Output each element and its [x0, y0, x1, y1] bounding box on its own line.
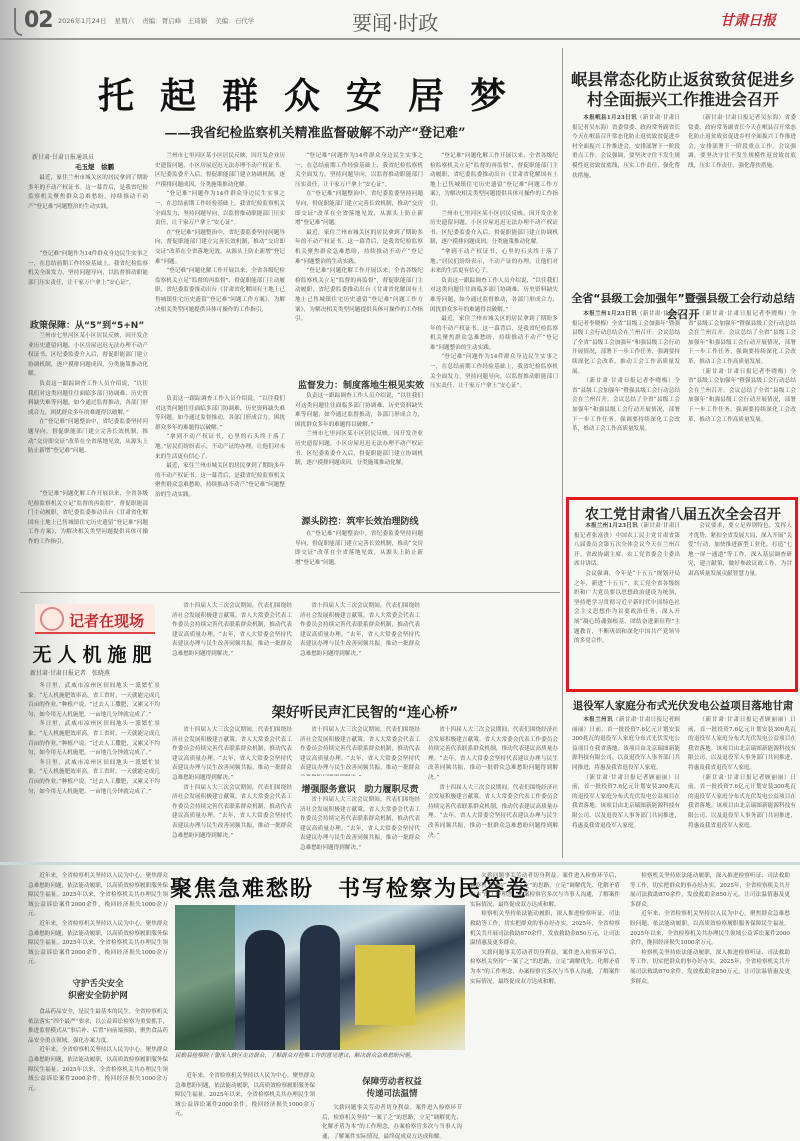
photo-product-box [355, 945, 415, 1025]
drone-headline: 无人机施肥 [30, 640, 160, 667]
newspaper-logo: 甘肃日报 [720, 10, 776, 30]
right-article-3-col-2: 会议要求，要立足界别特色，发挥人才优势，紧扣全省发展大局，深入开展“关爱”行动，… [688, 522, 792, 686]
news-photo [175, 905, 465, 1050]
sidebar-1-body: 食品药品安全，是民生最基本的民生。全省检察机关依法落实“四个最严”要求，以公益诉… [28, 1008, 168, 1141]
lead-column-1d: “登记难”问题化解工作开展以来，全省各级纪检监察机关立足“监督的再监督”，督促职… [28, 490, 148, 580]
lead-column-3b: 负责这一跟踪调查工作人员介绍说，“以往我们对这类问题往往面临多部门协调难、历史资… [295, 392, 423, 512]
lead-column-1a: 最近，家住兰州市城关区的居民拿到了期盼多年的不动产权证书。这一幕背后，是我省纪检… [28, 174, 148, 258]
bottom-col-right-1: 欠薪问题事关劳动者切身利益。案件进入检察环节后，检察机关坚持“一案了之”的思路，… [470, 872, 620, 1141]
lead-column-2b: 负责这一跟踪调查工作人员介绍说，“以往我们对这类问题往往面临多部门协调难、历史资… [155, 395, 285, 595]
lead-subsection-prevention: 源头防控：筑牢长效治理防线 [290, 514, 430, 527]
right-article-1-col-2: （新甘肃·甘肃日报记者吴东海）省委常委、政府常务副省长今天在岷县召开常态化防止返… [688, 114, 796, 264]
sidebar-1-headline: 守护舌尖安全织密安全防护网 [28, 978, 168, 1002]
section-title: 要闻·时政 [352, 7, 438, 36]
bridge-column-1a: 省十四届人大三次会议期间，代表们围绕经济社会发展积极建言献策。省人大常委会代表工… [172, 602, 292, 698]
lead-subheadline: ——我省纪检监察机关精准监督破解不动产“登记难” [70, 122, 560, 141]
editors: 责编：胥启峰 王琦颖 [142, 17, 207, 25]
photo-person-2 [300, 925, 340, 1050]
lead-subsection-supervision: 监督发力：制度落地生根见实效 [298, 378, 424, 391]
bridge-headline: 架好听民声汇民智的“连心桥” [170, 702, 560, 722]
right-article-4-headline: 退役军人家庭分布式光伏发电公益项目落地甘肃 [570, 698, 796, 713]
sidebar-2-headline: 保障劳动者权益传递司法温情 [322, 1076, 462, 1100]
right-article-1-headline: 岷县常态化防止返贫致贫促进乡村全面振兴工作推进会召开 [570, 70, 796, 110]
right-article-2-col-2: （新甘肃·甘肃日报记者李晓梅）全省“县级工会加强年”暨强县级工会行动总结会在兰州… [688, 310, 796, 490]
issue-date: 2026年1月24日 [58, 17, 106, 25]
photo-person-1 [245, 930, 285, 1050]
bridge-subsection: 增强服务意识 助力履职尽责 [300, 782, 420, 795]
bottom-left-body: 近年来，全省检察机关坚持以人民为中心，聚焦群众急难愁盼问题，依法能动履职，以高质… [28, 872, 168, 972]
reporter-on-site-tag: 记者在现场 [35, 604, 155, 634]
right-article-3-headline: 农工党甘肃省八届五次全会召开 [570, 504, 796, 524]
bottom-col-right-2: 检察机关坚持依法能动履职，深入推进检察听证、司法救助等工作，切实把群众的事办好办… [630, 872, 790, 1141]
lead-column-3a: “登记难”问题作为14件群众身边民生实事之一，在总结前期工作经验基础上，我省纪检… [295, 152, 423, 376]
page-bracket-ornament [14, 8, 22, 36]
right-article-2-col-1: 本报兰州1月23日讯（新甘肃·甘肃日报记者李晓梅）全省“县级工会加强年”暨强县级… [572, 310, 680, 490]
lead-authors: 毛玉煜 徐鹏 [75, 162, 114, 171]
bridge-column-2c: 省十四届人大三次会议期间，代表们围绕经济社会发展积极建言献策。省人大常委会代表工… [300, 796, 420, 854]
masthead: 02 2026年1月24日 星期六 责编：胥启峰 王琦颖 美编：石代学 要闻·时… [0, 0, 800, 40]
lead-column-2a: 兰州市七里河区某小区居民反映，因开发企业历史遗留问题，小区房屋迟迟无法办理不动产… [155, 152, 285, 392]
right-article-3-col-1: 本报兰州1月23日讯（新甘肃·甘肃日报记者张富贵）中国农工民主党甘肃省第八届委员… [574, 522, 680, 686]
column-divider [562, 48, 563, 858]
newspaper-page: 02 2026年1月24日 星期六 责编：胥启峰 王琦颖 美编：石代学 要闻·时… [0, 0, 800, 1141]
bridge-column-2b: 省十四届人大三次会议期间，代表们围绕经济社会发展积极建言献策。省人大常委会代表工… [300, 726, 420, 776]
lead-headline: 托起群众安居梦 [70, 68, 560, 119]
drone-body: 冬日里，武威市凉州区田间地头一派繁忙景象。“无人机施肥效率高，省工省时，一天就能… [28, 682, 160, 850]
right-article-4-col-1: 本报兰州讯（新甘肃·甘肃日报记者顾丽丽）日前，首一批投资7.6亿元计划安装300… [572, 716, 680, 856]
bridge-column-2a: 省十四届人大三次会议期间，代表们围绕经济社会发展积极建言献策。省人大常委会代表工… [300, 602, 420, 698]
bridge-column-3: 省十四届人大三次会议期间，代表们围绕经济社会发展积极建言献策。省人大常委会代表工… [428, 726, 558, 854]
photo-plants [175, 905, 235, 1050]
bridge-column-1b: 省十四届人大三次会议期间，代表们围绕经济社会发展积极建言献策。省人大常委会代表工… [172, 726, 292, 854]
page-number: 02 [24, 8, 53, 33]
weekday: 星期六 [115, 17, 135, 25]
photo-caption: 民勤县检察院干警深入辖区走访群众，了解群众对检察工作的意见建议，解决群众急难愁盼… [175, 1052, 465, 1061]
reporter-swirl-icon [40, 607, 64, 631]
lead-column-1c: 兰州市七里河区某小区居民反映，因开发企业历史遗留问题，小区房屋迟迟无法办理不动产… [28, 332, 148, 492]
right-article-1-col-1: 本报岷县1月23日讯（新甘肃·甘肃日报记者吴东海）省委常委、政府常务副省长今天在… [572, 114, 680, 264]
sidebar-2-body-start: 欠薪问题事关劳动者切身利益。案件进入检察环节后，检察机关坚持“一案了之”的思路，… [322, 1104, 462, 1141]
drone-byline: 新甘肃·甘肃日报记者 张晓燕 [30, 668, 110, 677]
lead-byline-source: 新甘肃·甘肃日报通讯员 [32, 152, 94, 161]
lead-column-1b: “登记难”问题作为14件群众身边民生实事之一，在总结前期工作经验基础上，我省纪检… [28, 250, 148, 310]
bottom-center-body: 近年来，全省检察机关坚持以人民为中心，聚焦群众急难愁盼问题，依法能动履职，以高质… [175, 1072, 315, 1141]
right-article-4-col-2: （新甘肃·甘肃日报记者顾丽丽）日前，首一批投资7.6亿元计划安装300兆瓦的退役… [688, 716, 796, 856]
lead-column-3c: 在“登记难”问题整治中，省纪委监委坚持问题导向，督促职能部门建立完善长效机制，推… [295, 530, 423, 580]
art-editor: 美编：石代学 [215, 17, 254, 25]
lead-subsection-policy: 政策保障：从“5”到“5+N” [30, 318, 144, 331]
reporter-tag-label: 记者在现场 [69, 610, 144, 631]
lead-column-4: “登记难”问题化解工作开展以来，全省各级纪检监察机关立足“监督的再监督”，督促职… [430, 152, 558, 582]
masthead-meta: 2026年1月24日 星期六 责编：胥启峰 王琦颖 美编：石代学 [58, 16, 254, 25]
bottom-section-band [0, 862, 800, 865]
section-divider [20, 592, 560, 593]
